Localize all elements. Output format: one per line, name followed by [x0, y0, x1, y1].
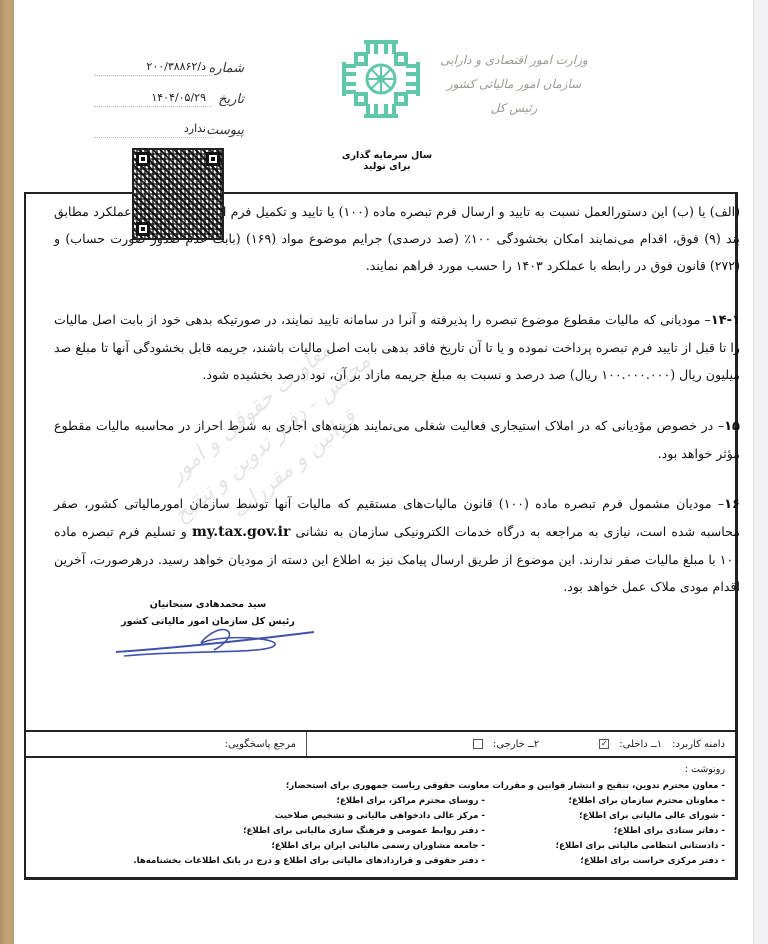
organization-line: سازمان امور مالیاتی کشور — [414, 72, 614, 96]
cc-item: - شورای عالی مالیاتی برای اطلاع؛ — [485, 811, 725, 821]
cc-item: - دفاتر ستادی برای اطلاع؛ — [485, 826, 725, 836]
qr-code-icon — [132, 148, 224, 240]
background-wood-edge — [0, 0, 14, 944]
scope-external-checkbox[interactable] — [473, 739, 483, 749]
scope-external-label: ۲ــ خارجی: — [493, 739, 539, 750]
cc-item: - روسای محترم مراکز، برای اطلاع؛ — [36, 796, 485, 806]
cc-row: - شورای عالی مالیاتی برای اطلاع؛ - مرکز … — [36, 808, 725, 823]
tax-portal-link[interactable]: my.tax.gov.ir — [192, 524, 290, 540]
cc-item: - دادستانی انتظامی مالیاتی برای اطلاع؛ — [485, 841, 725, 851]
letter-metadata: شماره د/۲۰۰/۳۸۸۶۲ تاریخ ۱۴۰۴/۰۵/۲۹ پیوست… — [94, 46, 244, 139]
cc-item: - دفتر روابط عمومی و فرهنگ سازی مالیاتی … — [36, 826, 485, 836]
cc-item: - دفتر مرکزی حراست برای اطلاع؛ — [485, 856, 725, 866]
paragraph-14-1: ۱۴-۱– مودیانی که مالیات مقطوع موضوع تبصر… — [54, 306, 740, 388]
cc-row: - دفتر مرکزی حراست برای اطلاع؛ - دفتر حق… — [36, 853, 725, 868]
carbon-copy-list: رونوشت : - معاون محترم تدوین، تنقیح و ان… — [24, 758, 738, 880]
scope-internal-checkbox[interactable]: ✓ — [599, 739, 609, 749]
cc-row: - دادستانی انتظامی مالیاتی برای اطلاع؛ -… — [36, 838, 725, 853]
scope-row: دامنه کاربرد: ۱ــ داخلی: ✓ ۲ــ خارجی: مر… — [24, 730, 738, 758]
letter-number-row: شماره د/۲۰۰/۳۸۸۶۲ — [94, 46, 244, 77]
paragraph-number: ۱۶ — [724, 497, 740, 512]
response-reference: مرجع پاسخگویی: — [26, 732, 307, 756]
qr-finder-icon — [136, 152, 150, 166]
response-reference-label: مرجع پاسخگویی: — [225, 739, 296, 750]
cc-item: - دفتر حقوقی و قراردادهای مالیاتی برای ا… — [36, 856, 485, 866]
paragraph-number: ۱۴-۱ — [711, 313, 740, 328]
cc-title: رونوشت : — [36, 764, 725, 775]
cc-row: - معاونان محترم سازمان برای اطلاع؛ - روس… — [36, 793, 725, 808]
tax-organization-emblem-icon — [340, 38, 422, 120]
letter-number-label: شماره — [212, 61, 244, 76]
letter-number-value: د/۲۰۰/۳۸۸۶۲ — [94, 60, 212, 76]
attachment-row: پیوست ندارد — [94, 108, 244, 139]
signature-scribble-icon — [114, 620, 324, 660]
paragraph-number: ۱۵ — [724, 419, 740, 434]
viewer-right-edge — [753, 0, 768, 944]
cc-item: - معاون محترم تدوین، تنقیح و انتشار قوان… — [36, 781, 725, 791]
attachment-label: پیوست — [212, 123, 244, 138]
attachment-value: ندارد — [94, 122, 212, 138]
scope-label: دامنه کاربرد: — [672, 739, 725, 750]
cc-item: - جامعه مشاوران رسمی مالیاتی ایران برای … — [36, 841, 485, 851]
paragraph-16: ۱۶– مودیان مشمول فرم تبصره ماده (۱۰۰) قا… — [54, 490, 740, 600]
cc-row: - دفاتر ستادی برای اطلاع؛ - دفتر روابط ع… — [36, 823, 725, 838]
letter-date-row: تاریخ ۱۴۰۴/۰۵/۲۹ — [94, 77, 244, 108]
signatory-name: سید محمدهادی سبحانیان — [108, 596, 308, 613]
cc-item: - معاونان محترم سازمان برای اطلاع؛ — [485, 796, 725, 806]
ministry-line: وزارت امور اقتصادی و دارایی — [414, 48, 614, 72]
qr-finder-icon — [136, 222, 150, 236]
paragraph-text: – مودیانی که مالیات مقطوع موضوع تبصره را… — [54, 312, 740, 382]
year-slogan: سال سرمایه گذاری برای تولید — [332, 150, 442, 172]
paragraph-15: ۱۵– در خصوص مؤدیانی که در املاک استیجاری… — [54, 412, 740, 467]
ministry-letterhead: وزارت امور اقتصادی و دارایی سازمان امور … — [414, 48, 614, 120]
cc-row: - معاون محترم تدوین، تنقیح و انتشار قوان… — [36, 778, 725, 793]
scope-internal-label: ۱ــ داخلی: — [619, 739, 662, 750]
cc-item: - مرکز عالی دادخواهی مالیاتی و تشخیص صلا… — [36, 811, 485, 821]
qr-finder-icon — [206, 152, 220, 166]
letter-page: وزارت امور اقتصادی و دارایی سازمان امور … — [14, 0, 754, 944]
office-line: رئیس کل — [414, 96, 614, 120]
letter-date-label: تاریخ — [212, 92, 244, 107]
paragraph-text: – در خصوص مؤدیانی که در املاک استیجاری ف… — [54, 418, 740, 461]
letter-date-value: ۱۴۰۴/۰۵/۲۹ — [94, 91, 212, 107]
application-scope: دامنه کاربرد: ۱ــ داخلی: ✓ ۲ــ خارجی: — [307, 732, 735, 756]
